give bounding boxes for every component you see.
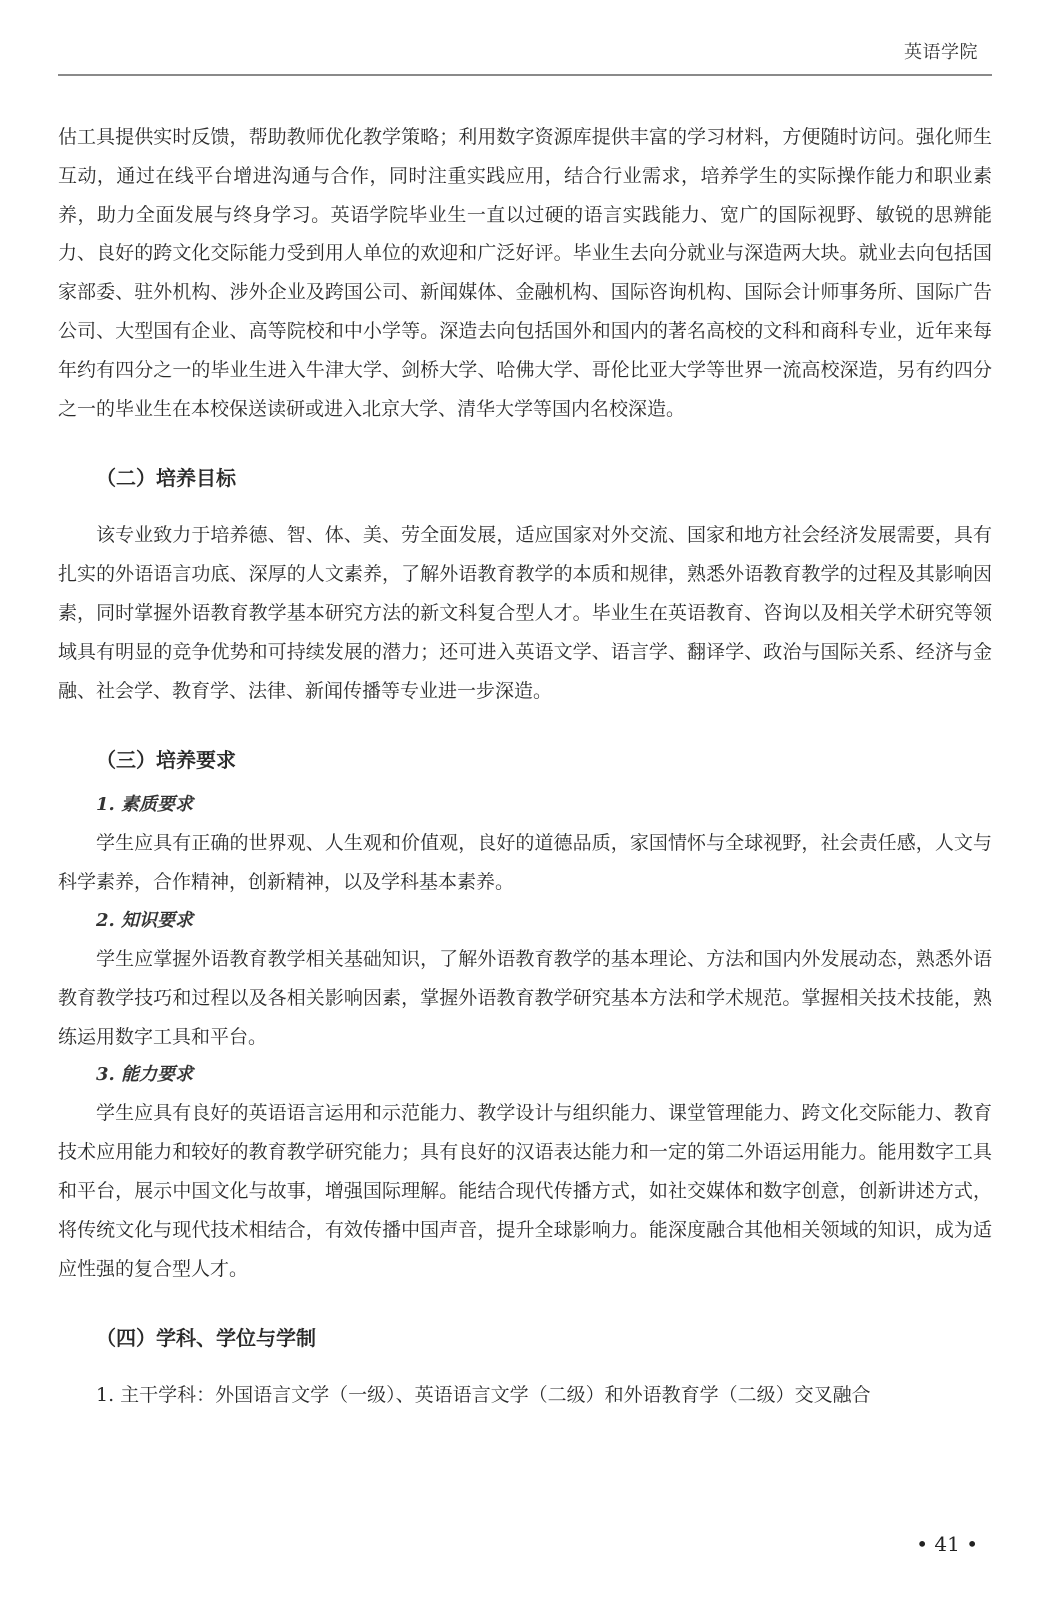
- spacer: [58, 428, 992, 458]
- knowledge-requirements-paragraph: 学生应掌握外语教育教学相关基础知识，了解外语教育教学的基本理论、方法和国内外发展…: [58, 940, 992, 1056]
- section-heading-discipline-degree: （四）学科、学位与学制: [58, 1318, 992, 1358]
- running-head: 英语学院: [904, 38, 978, 64]
- spacer: [58, 1358, 992, 1376]
- main-discipline-item: 1. 主干学科：外国语言文学（一级）、英语语言文学（二级）和外语教育学（二级）交…: [58, 1376, 992, 1415]
- continuation-paragraph: 估工具提供实时反馈，帮助教师优化教学策略；利用数字资源库提供丰富的学习材料，方便…: [58, 118, 992, 428]
- spacer: [58, 710, 992, 740]
- subheading-ability-requirements: 3. 能力要求: [58, 1056, 992, 1094]
- subheading-quality-requirements: 1. 素质要求: [58, 786, 992, 824]
- header-rule: [58, 74, 992, 76]
- document-page: 英语学院 估工具提供实时反馈，帮助教师优化教学策略；利用数字资源库提供丰富的学习…: [0, 0, 1064, 1605]
- quality-requirements-paragraph: 学生应具有正确的世界观、人生观和价值观，良好的道德品质，家国情怀与全球视野，社会…: [58, 824, 992, 902]
- section-heading-training-requirements: （三）培养要求: [58, 740, 992, 780]
- spacer: [58, 498, 992, 516]
- subheading-knowledge-requirements: 2. 知识要求: [58, 902, 992, 940]
- page-number: • 41 •: [916, 1532, 978, 1556]
- spacer: [58, 1288, 992, 1318]
- section-heading-training-goals: （二）培养目标: [58, 458, 992, 498]
- page-content: 估工具提供实时反馈，帮助教师优化教学策略；利用数字资源库提供丰富的学习材料，方便…: [58, 118, 992, 1415]
- ability-requirements-paragraph: 学生应具有良好的英语语言运用和示范能力、教学设计与组织能力、课堂管理能力、跨文化…: [58, 1094, 992, 1288]
- training-goals-paragraph: 该专业致力于培养德、智、体、美、劳全面发展，适应国家对外交流、国家和地方社会经济…: [58, 516, 992, 710]
